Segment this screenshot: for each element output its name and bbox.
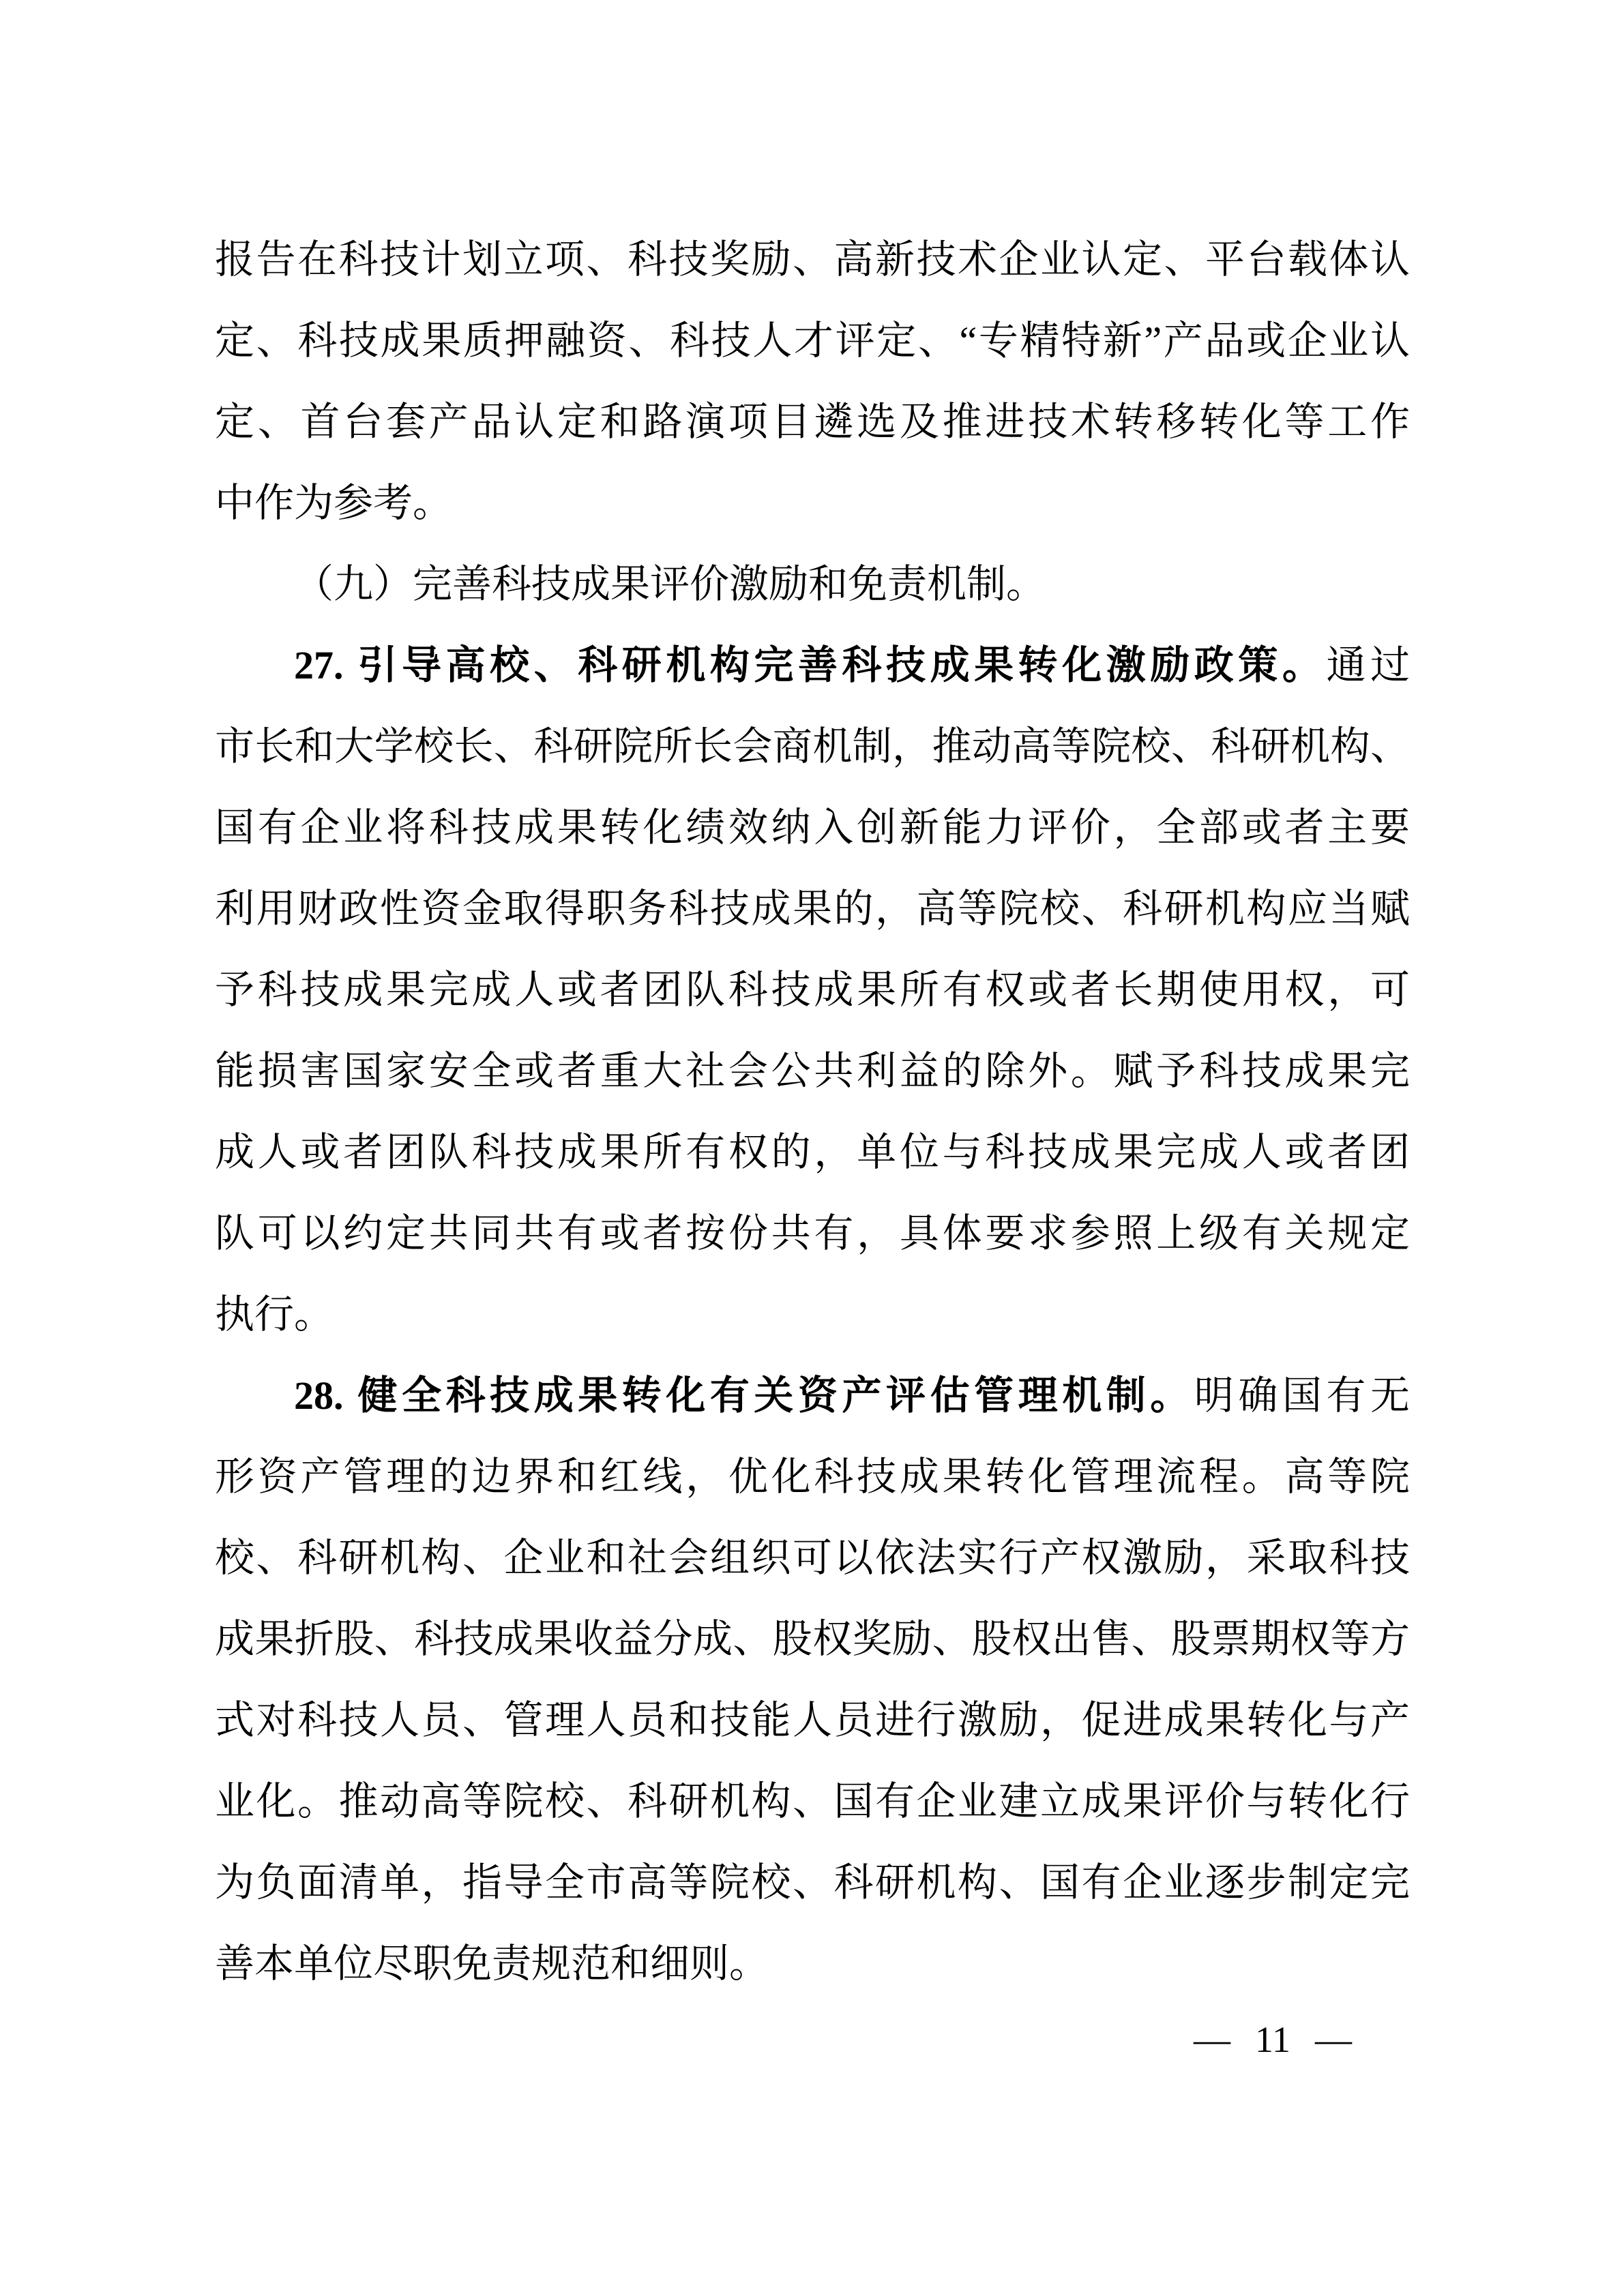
text-segment: 成人或者团队科技成果所有权的，单位与科技成果完成人或者团 [215,1130,1410,1174]
text-segment: 中作为参考。 [215,481,452,525]
text-line: 中作为参考。 [215,462,1410,543]
text-segment: 国有企业将科技成果转化绩效纳入创新能力评价，全部或者主要 [215,805,1410,850]
page-number-value: 11 [1255,2018,1290,2061]
text-line: 式对科技人员、管理人员和技能人员进行激励，促进成果转化与产 [215,1680,1410,1761]
text-line: 市长和大学校长、科研院所长会商机制，推动高等院校、科研机构、 [215,706,1410,787]
text-line: 定、科技成果质押融资、科技人才评定、“专精特新”产品或企业认 [215,300,1410,381]
page: 报告在科技计划立项、科技奖励、高新技术企业认定、平台载体认定、科技成果质押融资、… [0,0,1624,2296]
text-line: 业化。推动高等院校、科研机构、国有企业建立成果评价与转化行 [215,1761,1410,1842]
page-number: — 11 — [1194,2009,1352,2070]
text-segment: 校、科研机构、企业和社会组织可以依法实行产权激励，采取科技 [215,1536,1410,1580]
text-segment: 式对科技人员、管理人员和技能人员进行激励，促进成果转化与产 [215,1698,1410,1742]
text-line: 校、科研机构、企业和社会组织可以依法实行产权激励，采取科技 [215,1517,1410,1598]
text-line: 为负面清单，指导全市高等院校、科研机构、国有企业逐步制定完 [215,1842,1410,1923]
text-segment: （九）完善科技成果评价激励和免责机制。 [294,562,1046,606]
page-number-dash-left: — [1194,2018,1230,2061]
text-line: 能损害国家安全或者重大社会公共利益的除外。赋予科技成果完 [215,1030,1410,1112]
text-segment: 通过 [1326,643,1410,687]
text-line: 执行。 [215,1274,1410,1355]
document-body: 报告在科技计划立项、科技奖励、高新技术企业认定、平台载体认定、科技成果质押融资、… [215,219,1410,2004]
text-line: 利用财政性资金取得职务科技成果的，高等院校、科研机构应当赋 [215,868,1410,949]
text-segment: 执行。 [215,1292,334,1337]
text-segment: 明确国有无 [1194,1373,1410,1418]
text-segment-bold: 28. 健全科技成果转化有关资产评估管理机制。 [294,1373,1194,1418]
text-line: 定、首台套产品认定和路演项目遴选及推进技术转移转化等工作 [215,381,1410,462]
text-segment: 定、科技成果质押融资、科技人才评定、“专精特新”产品或企业认 [215,318,1410,363]
text-segment: 利用财政性资金取得职务科技成果的，高等院校、科研机构应当赋 [215,886,1410,931]
text-segment: 形资产管理的边界和红线，优化科技成果转化管理流程。高等院 [215,1455,1410,1499]
text-line: 成果折股、科技成果收益分成、股权奖励、股权出售、股票期权等方 [215,1598,1410,1680]
text-segment: 成果折股、科技成果收益分成、股权奖励、股权出售、股票期权等方 [215,1617,1410,1661]
text-line: 善本单位尽职免责规范和细则。 [215,1923,1410,2004]
text-segment: 为负面清单，指导全市高等院校、科研机构、国有企业逐步制定完 [215,1860,1410,1905]
text-segment: 队可以约定共同共有或者按份共有，具体要求参照上级有关规定 [215,1211,1410,1255]
text-segment: 业化。推动高等院校、科研机构、国有企业建立成果评价与转化行 [215,1779,1410,1823]
text-line: （九）完善科技成果评价激励和免责机制。 [215,543,1410,625]
text-segment: 定、首台套产品认定和路演项目遴选及推进技术转移转化等工作 [215,400,1410,444]
text-segment: 予科技成果完成人或者团队科技成果所有权或者长期使用权，可 [215,968,1410,1012]
text-segment: 善本单位尽职免责规范和细则。 [215,1941,769,1986]
text-segment: 能损害国家安全或者重大社会公共利益的除外。赋予科技成果完 [215,1049,1410,1093]
text-segment-bold: 27. 引导高校、科研机构完善科技成果转化激励政策。 [294,643,1326,687]
text-segment: 市长和大学校长、科研院所长会商机制，推动高等院校、科研机构、 [215,724,1410,769]
text-line: 报告在科技计划立项、科技奖励、高新技术企业认定、平台载体认 [215,219,1410,300]
text-line: 27. 引导高校、科研机构完善科技成果转化激励政策。通过 [215,625,1410,706]
page-number-dash-right: — [1315,2018,1352,2061]
text-line: 形资产管理的边界和红线，优化科技成果转化管理流程。高等院 [215,1436,1410,1517]
text-line: 28. 健全科技成果转化有关资产评估管理机制。明确国有无 [215,1355,1410,1436]
text-line: 予科技成果完成人或者团队科技成果所有权或者长期使用权，可 [215,949,1410,1030]
text-segment: 报告在科技计划立项、科技奖励、高新技术企业认定、平台载体认 [215,237,1410,282]
text-line: 国有企业将科技成果转化绩效纳入创新能力评价，全部或者主要 [215,787,1410,868]
text-line: 成人或者团队科技成果所有权的，单位与科技成果完成人或者团 [215,1112,1410,1193]
text-line: 队可以约定共同共有或者按份共有，具体要求参照上级有关规定 [215,1193,1410,1274]
